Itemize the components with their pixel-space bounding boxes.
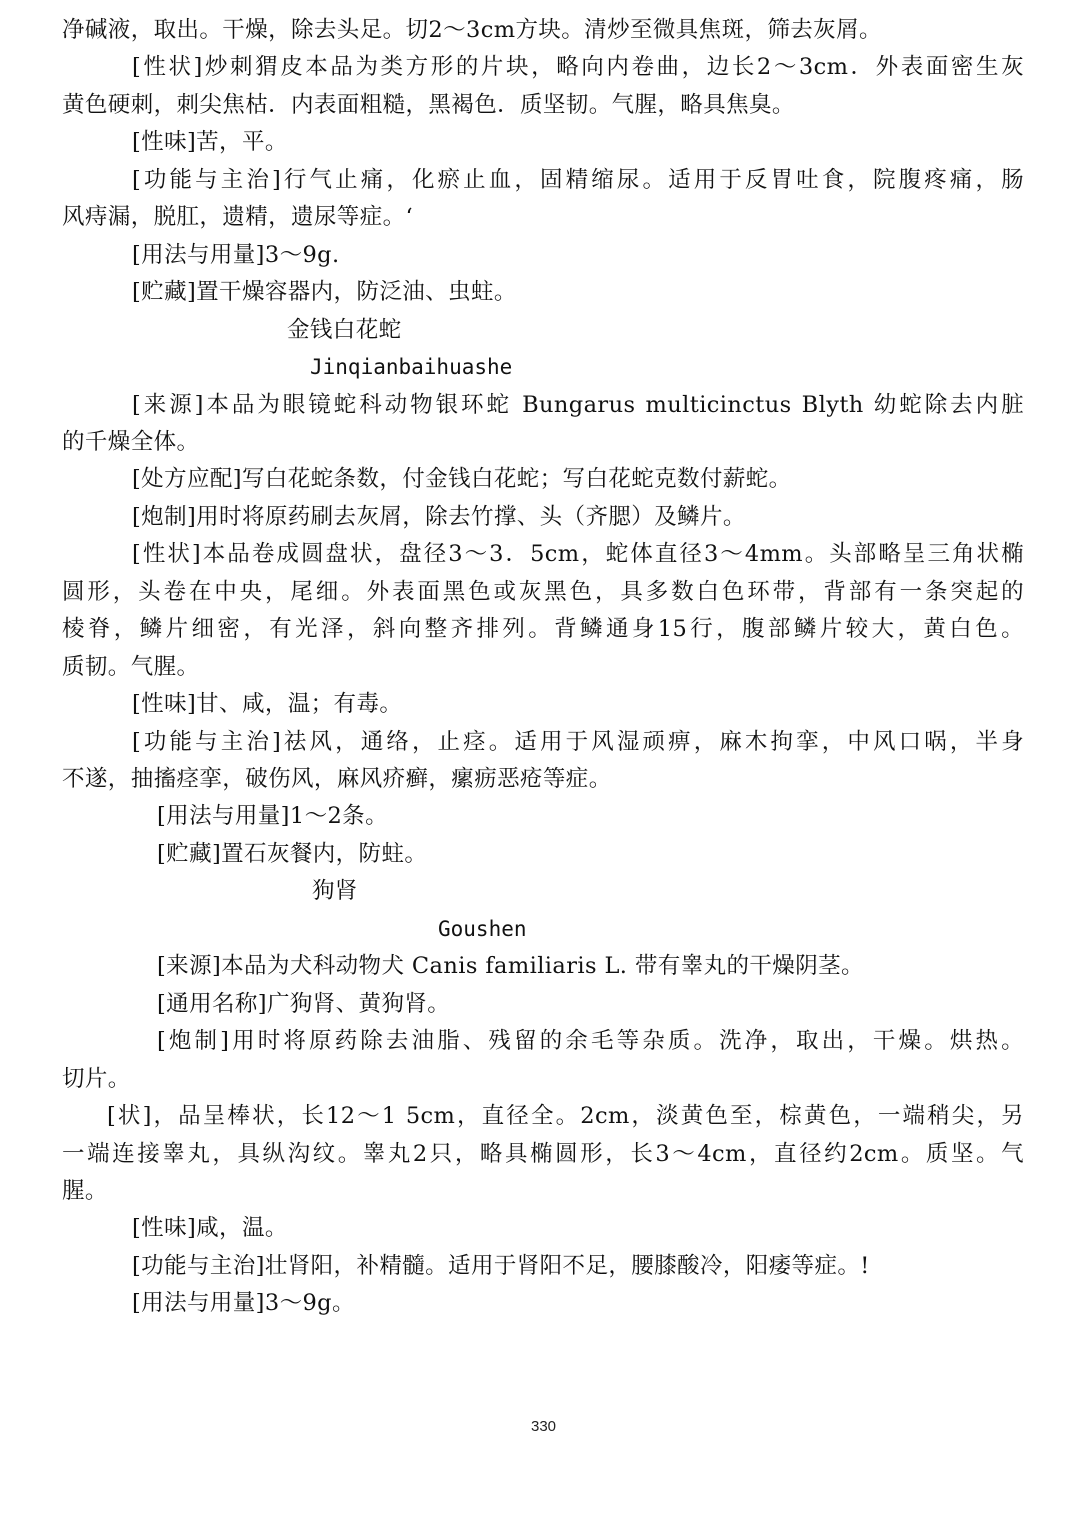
text-line: [功能与主治]行气止痛，化瘀止血，固精缩尿。适用于反胃吐食，院腹疼痛，肠 (132, 162, 1024, 198)
text-line: [性味]咸，温。 (132, 1210, 1024, 1246)
text-line: [用法与用量]1～2条。 (157, 798, 1024, 834)
text-line: [性味]甘、咸，温；有毒。 (132, 686, 1024, 722)
text-line: 质韧。气腥。 (62, 649, 1024, 685)
page-number: 330 (0, 1418, 1087, 1435)
text-line: 风痔漏，脱肛，遗精，遗尿等症。‘ (62, 199, 1024, 235)
text-line: [贮藏]置石灰餐内，防蛀。 (157, 836, 1024, 872)
text-line: [处方应配]写白花蛇条数，付金钱白花蛇；写白花蛇克数付薪蛇。 (132, 461, 1024, 497)
text-line: 不遂，抽搐痉挛，破伤风，麻风疥癣，瘰疬恶疮等症。 (62, 761, 1024, 797)
section-heading: Goushen (438, 911, 1024, 947)
text-line: 圆形，头卷在中央，尾细。外表面黑色或灰黑色，具多数白色环带，背部有一条突起的 (62, 574, 1024, 610)
text-line: [状]，品呈棒状，长12～1 5cm，直径全。2cm，淡黄色至，棕黄色，一端稍尖… (107, 1098, 1024, 1134)
text-line: 切片。 (62, 1061, 1024, 1097)
section-heading: 金钱白花蛇 (287, 312, 1024, 348)
text-line: [用法与用量]3～9g。 (132, 1285, 1024, 1321)
text-line: [性状]炒刺猬皮本品为类方形的片块，略向内卷曲，边长2～3cm．外表面密生灰 (132, 49, 1024, 85)
text-line: [来源]本品为犬科动物犬 Canis familiaris L. 带有睾丸的干燥… (157, 948, 1024, 984)
text-line: [贮藏]置干燥容器内，防泛油、虫蛀。 (132, 274, 1024, 310)
text-line: 腥。 (62, 1173, 1024, 1209)
text-line: [性状]本品卷成圆盘状，盘径3～3．5cm，蛇体直径3～4mm。头部略呈三角状椭 (132, 536, 1024, 572)
text-line: 黄色硬刺，刺尖焦枯．内表面粗糙，黑褐色．质坚韧。气腥，略具焦臭。 (62, 87, 1024, 123)
text-line: 的千燥全体。 (62, 424, 1024, 460)
text-line: [炮制]用时将原药刷去灰屑，除去竹撑、头（齐腮）及鳞片。 (132, 499, 1024, 535)
text-line: [功能与主治]壮肾阳，补精髓。适用于肾阳不足，腰膝酸冷，阳痿等症。! (132, 1248, 1024, 1284)
text-line: [炮制]用时将原药除去油脂、残留的余毛等杂质。洗净，取出，干燥。烘热。 (157, 1023, 1024, 1059)
text-line: 棱脊，鳞片细密，有光泽，斜向整齐排列。背鳞通身15行，腹部鳞片较大，黄白色。 (62, 611, 1024, 647)
section-heading: 狗肾 (312, 873, 1024, 909)
text-line: 一端连接睾丸，具纵沟纹。睾丸2只，略具椭圆形，长3～4cm，直径约2cm。质坚。… (62, 1136, 1024, 1172)
text-line: [来源]本品为眼镜蛇科动物银环蛇 Bungarus multicinctus B… (132, 387, 1024, 423)
document-page: 净碱液，取出。干燥，除去头足。切2～3cm方块。清炒至微具焦斑，筛去灰屑。[性状… (0, 0, 1087, 1536)
section-heading: Jinqianbaihuashe (310, 349, 1024, 385)
text-line: [用法与用量]3～9g. (132, 237, 1024, 273)
text-line: 净碱液，取出。干燥，除去头足。切2～3cm方块。清炒至微具焦斑，筛去灰屑。 (62, 12, 1024, 48)
text-line: [性味]苦，平。 (132, 124, 1024, 160)
text-line: [功能与主治]祛风，通络，止痉。适用于风湿顽痹，麻木拘挛，中风口㖞，半身 (132, 724, 1024, 760)
text-line: [通用名称]广狗肾、黄狗肾。 (157, 986, 1024, 1022)
